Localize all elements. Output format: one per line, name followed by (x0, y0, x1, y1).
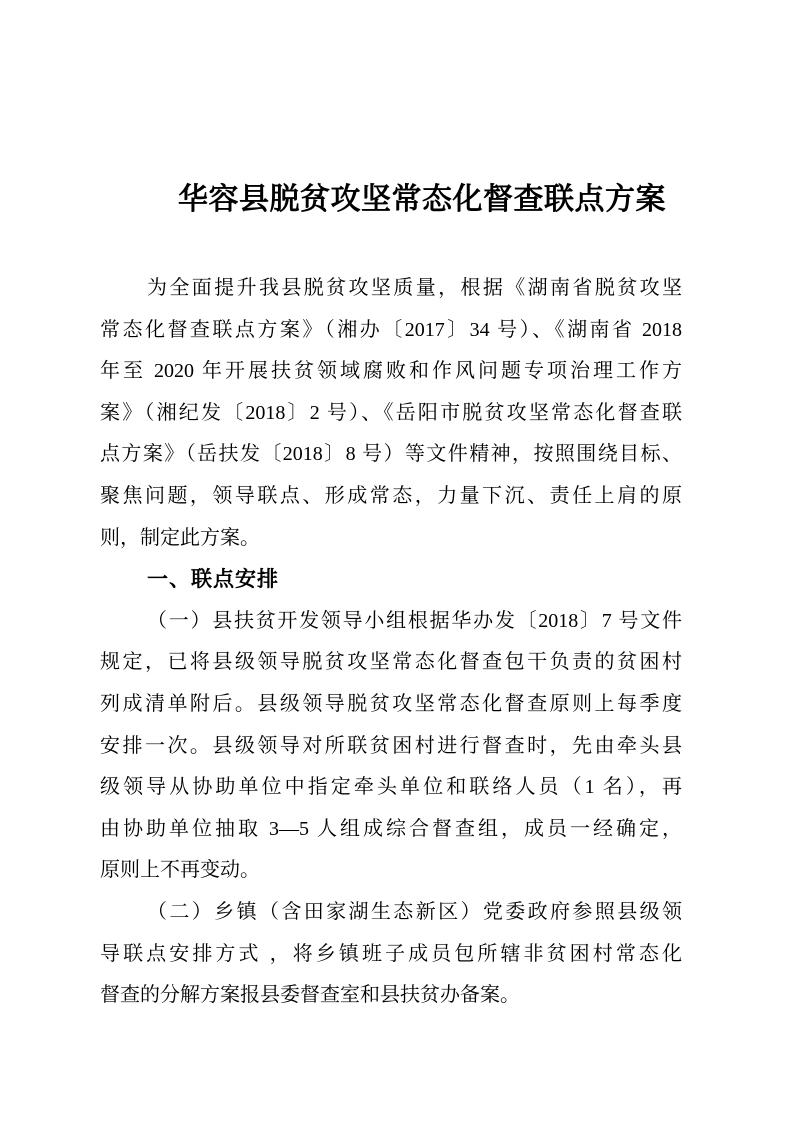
paragraph-line: （二）乡镇（含田家湖生态新区）党委政府参照县级领 (100, 892, 682, 934)
document-title: 华容县脱贫攻坚常态化督查联点方案 (100, 182, 682, 218)
paragraph-line: 年至 2020 年开展扶贫领域腐败和作风问题专项治理工作方 (100, 351, 682, 393)
paragraph-line: 列成清单附后。县级领导脱贫攻坚常态化督查原则上每季度 (100, 684, 682, 726)
paragraph-line: 原则上不再变动。 (100, 850, 682, 892)
paragraph-line: 为全面提升我县脱贫攻坚质量，根据《湖南省脱贫攻坚 (100, 268, 682, 310)
document-page: 华容县脱贫攻坚常态化督查联点方案 为全面提升我县脱贫攻坚质量，根据《湖南省脱贫攻… (0, 0, 793, 1122)
paragraph-line: 规定，已将县级领导脱贫攻坚常态化督查包干负责的贫困村 (100, 642, 682, 684)
paragraph-line: 则，制定此方案。 (100, 518, 682, 560)
section-heading: 一、联点安排 (100, 559, 682, 601)
paragraph-line: （一）县扶贫开发领导小组根据华办发〔2018〕7 号文件 (100, 601, 682, 643)
paragraph-line: 级领导从协助单位中指定牵头单位和联络人员（1 名），再 (100, 767, 682, 809)
paragraph-line: 常态化督查联点方案》（湘办〔2017〕34 号）、《湖南省 2018 (100, 310, 682, 352)
paragraph-line: 案》（湘纪发〔2018〕2 号）、《岳阳市脱贫攻坚常态化督查联 (100, 393, 682, 435)
paragraph-line: 点方案》（岳扶发〔2018〕8 号）等文件精神，按照围绕目标、 (100, 434, 682, 476)
document-body: 为全面提升我县脱贫攻坚质量，根据《湖南省脱贫攻坚 常态化督查联点方案》（湘办〔2… (100, 268, 682, 1017)
paragraph-line: 督查的分解方案报县委督查室和县扶贫办备案。 (100, 975, 682, 1017)
paragraph-line: 安排一次。县级领导对所联贫困村进行督查时，先由牵头县 (100, 726, 682, 768)
paragraph-line: 聚焦问题，领导联点、形成常态，力量下沉、责任上肩的原 (100, 476, 682, 518)
paragraph-line: 由协助单位抽取 3—5 人组成综合督查组，成员一经确定， (100, 809, 682, 851)
paragraph-line: 导联点安排方式 ，将乡镇班子成员包所辖非贫困村常态化 (100, 934, 682, 976)
